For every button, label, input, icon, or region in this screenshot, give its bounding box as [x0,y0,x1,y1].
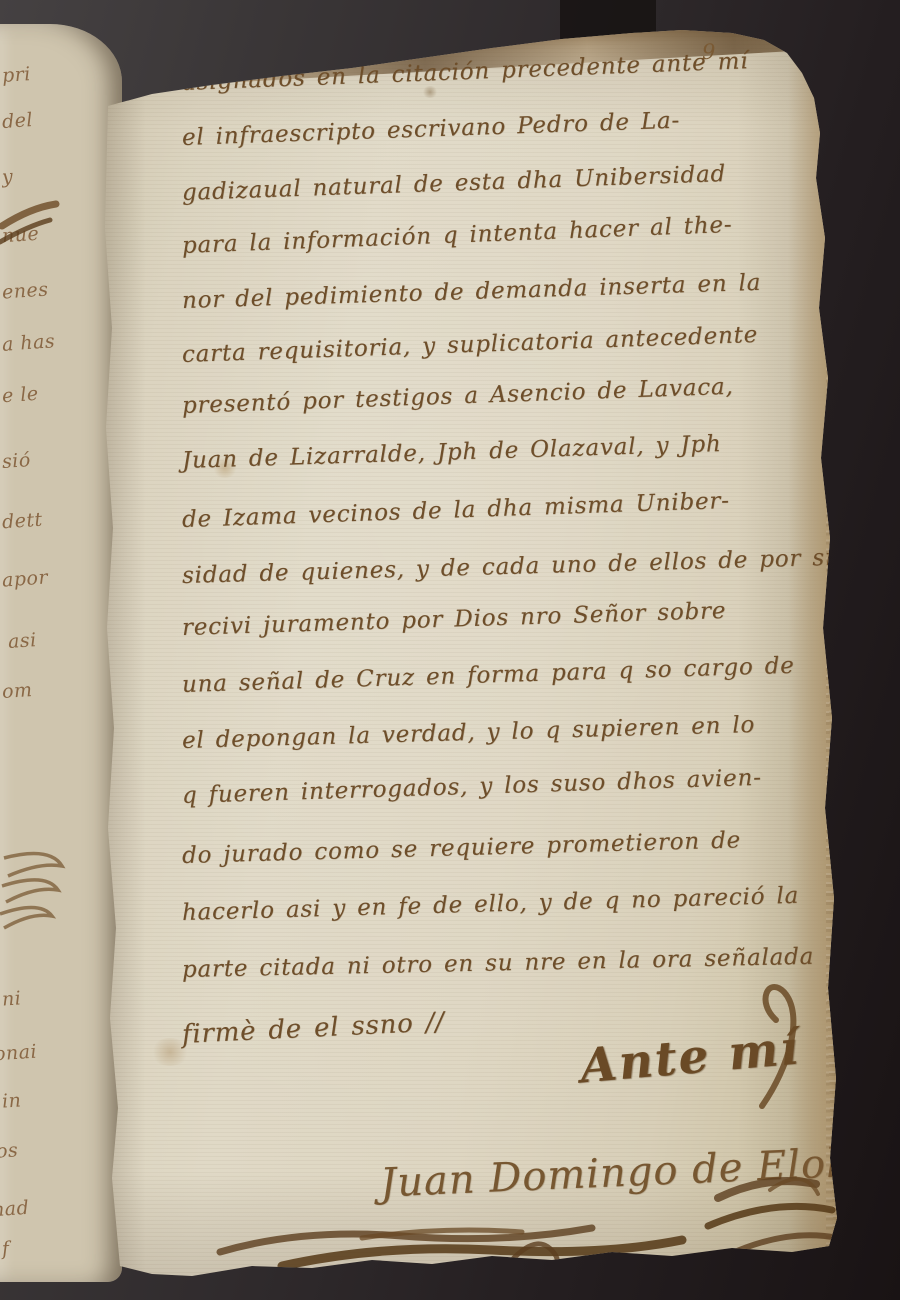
signature-rubric-flourish [212,1206,732,1276]
facing-page-text-fragment: in [1,1089,22,1112]
facing-page-text-fragment: enes [1,278,49,303]
facing-page-text-fragment: asi [7,629,37,653]
facing-page-text-fragment: del [1,109,33,133]
facing-page-text-fragment: sió [1,449,31,473]
facing-page-text-fragment: ni [1,987,22,1010]
signature-flourish [732,980,812,1110]
facing-page-text-fragment: pri [1,63,31,87]
facing-page-text-fragment: e le [1,383,39,408]
facing-page-text-fragment: f [1,1238,10,1260]
manuscript-page: 9 asignados en la citación precedente an… [92,28,860,1284]
facing-page-text-fragment: a has [1,330,56,356]
facing-page-text-fragment: nad [0,1197,30,1222]
paper-stain [422,86,438,98]
facing-page-ink-flourish [0,844,100,954]
facing-page-text-fragment: om [1,679,33,703]
facing-page-ink-flourish [0,174,110,254]
facing-page-text-fragment: apor [1,566,48,591]
signature-rubric-flourish [704,1170,854,1270]
facing-page-edge: pri del y nue enes a has e le sió dett a… [0,24,122,1282]
facing-page-text-fragment: os [0,1139,19,1162]
manuscript-photo: { "page": { "number": "9", "lines": [ "a… [0,0,900,1300]
facing-page-text-fragment: dett [1,509,43,534]
facing-page-text-fragment: onai [0,1041,38,1066]
